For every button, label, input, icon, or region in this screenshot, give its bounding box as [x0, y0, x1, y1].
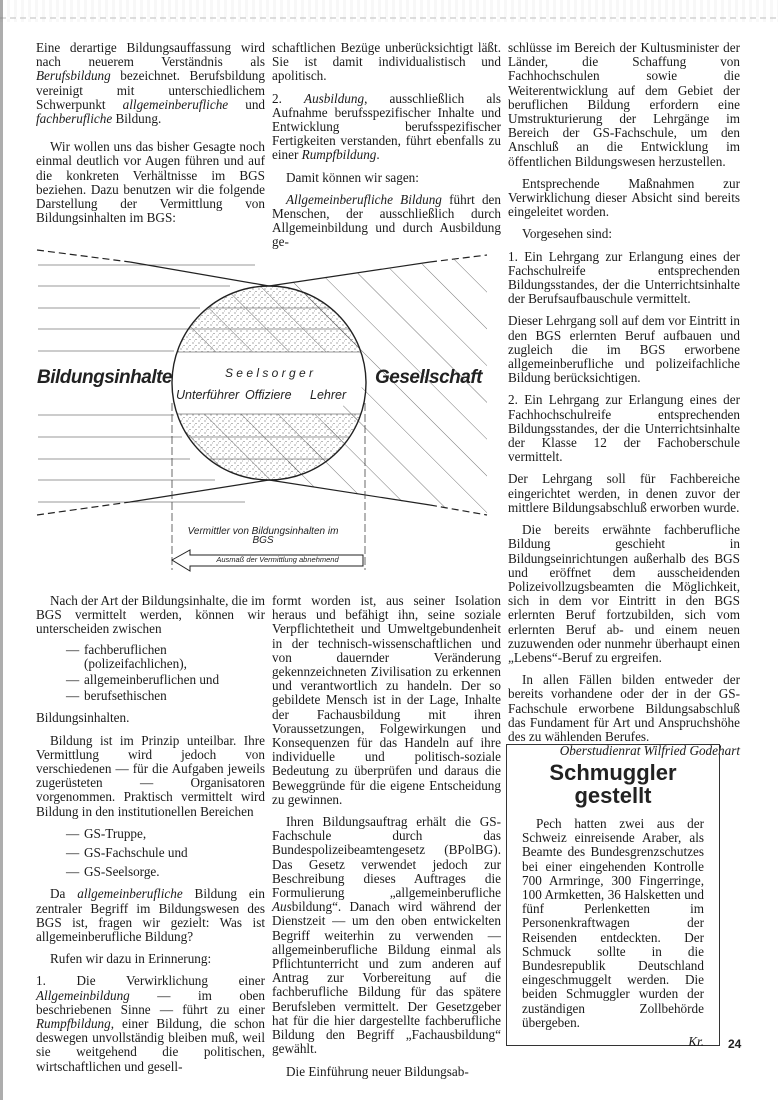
- circle-label-lehrer: Lehrer: [310, 388, 346, 402]
- paragraph: Dieser Lehrgang soll auf dem vor Eintrit…: [508, 314, 740, 385]
- circle-label-seelsorger: S e e l s o r g e r: [204, 366, 334, 380]
- column-left-top: Eine derartige Bildungsauffassung wird n…: [36, 41, 265, 225]
- paragraph: Die Einführung neuer Bildungsab-: [272, 1065, 501, 1079]
- diagram-left-label: Bildungsinhalte: [37, 367, 172, 389]
- paragraph: Damit können wir sagen:: [272, 171, 501, 185]
- paragraph: Die bereits erwähnte fachberufliche Bild…: [508, 523, 740, 665]
- headline-line-1: Schmuggler: [507, 761, 719, 784]
- paragraph: Bildungsinhalten.: [36, 711, 265, 725]
- paragraph: 2. Ein Lehrgang zur Erlangung eines der …: [508, 393, 740, 464]
- paragraph: Nach der Art der Bildungsinhalte, die im…: [36, 594, 265, 637]
- circle-label-unterfuehrer: Unterführer: [176, 388, 239, 402]
- circle-label-offiziere: Offiziere: [245, 388, 292, 402]
- paragraph: Wir wollen uns das bisher Gesagte noch e…: [36, 140, 265, 225]
- paragraph: formt worden ist, aus seiner Isolation h…: [272, 594, 501, 807]
- paragraph: 1. Die Verwirklichung einer Allgemeinbil…: [36, 974, 265, 1073]
- paragraph: In allen Fällen bilden entweder der bere…: [508, 673, 740, 744]
- diagram-right-label: Gesellschaft: [375, 367, 482, 389]
- list-institutions: —GS-Truppe, —GS-Fachschule und —GS-Seels…: [36, 827, 265, 880]
- column-middle-bottom: formt worden ist, aus seiner Isolation h…: [272, 594, 501, 1079]
- box-body: Pech hatten zwei aus der Schweiz einreis…: [522, 817, 704, 1030]
- column-right: schlüsse im Bereich der Kultusminister d…: [508, 41, 740, 758]
- paragraph: 2. Ausbildung, ausschließlich als Aufnah…: [272, 92, 501, 163]
- headline-line-2: gestellt: [507, 784, 719, 807]
- page-number: 24: [728, 1037, 741, 1051]
- paragraph: 1. Ein Lehrgang zur Erlangung eines der …: [508, 250, 740, 307]
- paragraph: Ihren Bildungsauftrag erhält die GS-Fach…: [272, 815, 501, 1056]
- column-middle-top: schaftlichen Bezüge unberücksichtigt läß…: [272, 41, 501, 250]
- list-item: —fachberuflichen (polizeifachlichen),: [36, 643, 265, 671]
- list-item: —GS-Truppe,: [36, 827, 265, 841]
- paragraph: Bildung ist im Prinzip unteilbar. Ihre V…: [36, 734, 265, 819]
- education-diagram: Bildungsinhalte Gesellschaft S e e l s o…: [30, 240, 500, 580]
- arrow-label: Ausmaß der Vermittlung abnehmend: [195, 555, 360, 564]
- list-item: —GS-Fachschule und: [36, 846, 265, 860]
- list-content-types: —fachberuflichen (polizeifachlichen), —a…: [36, 643, 265, 704]
- paragraph: schlüsse im Bereich der Kultusminister d…: [508, 41, 740, 169]
- list-item: —allgemeinberuflichen und: [36, 673, 265, 687]
- news-box-schmuggler: Schmuggler gestellt Pech hatten zwei aus…: [506, 744, 720, 1046]
- paragraph: Entsprechende Maßnahmen zur Verwirklichu…: [508, 177, 740, 220]
- list-item: —GS-Seelsorge.: [36, 865, 265, 879]
- paragraph: Vorgesehen sind:: [508, 227, 740, 241]
- scan-artifact-left-edge: [0, 0, 3, 1100]
- paragraph: Rufen wir dazu in Erinnerung:: [36, 952, 265, 966]
- diagram-caption: Vermittler von Bildungsinhalten im BGS: [173, 527, 353, 545]
- box-signature: Kr.: [507, 1034, 704, 1050]
- paragraph: Eine derartige Bildungsauffassung wird n…: [36, 41, 265, 126]
- column-left-bottom: Nach der Art der Bildungsinhalte, die im…: [36, 594, 265, 1074]
- caption-line-2: BGS: [173, 536, 353, 545]
- paragraph: schaftlichen Bezüge unberücksichtigt läß…: [272, 41, 501, 84]
- scan-artifact-line: [0, 17, 778, 19]
- paragraph: Da allgemeinberufliche Bildung ein zentr…: [36, 887, 265, 944]
- list-item: —berufsethischen: [36, 689, 265, 703]
- paragraph: Der Lehrgang soll für Fachbereiche einge…: [508, 472, 740, 515]
- box-headline: Schmuggler gestellt: [507, 761, 719, 807]
